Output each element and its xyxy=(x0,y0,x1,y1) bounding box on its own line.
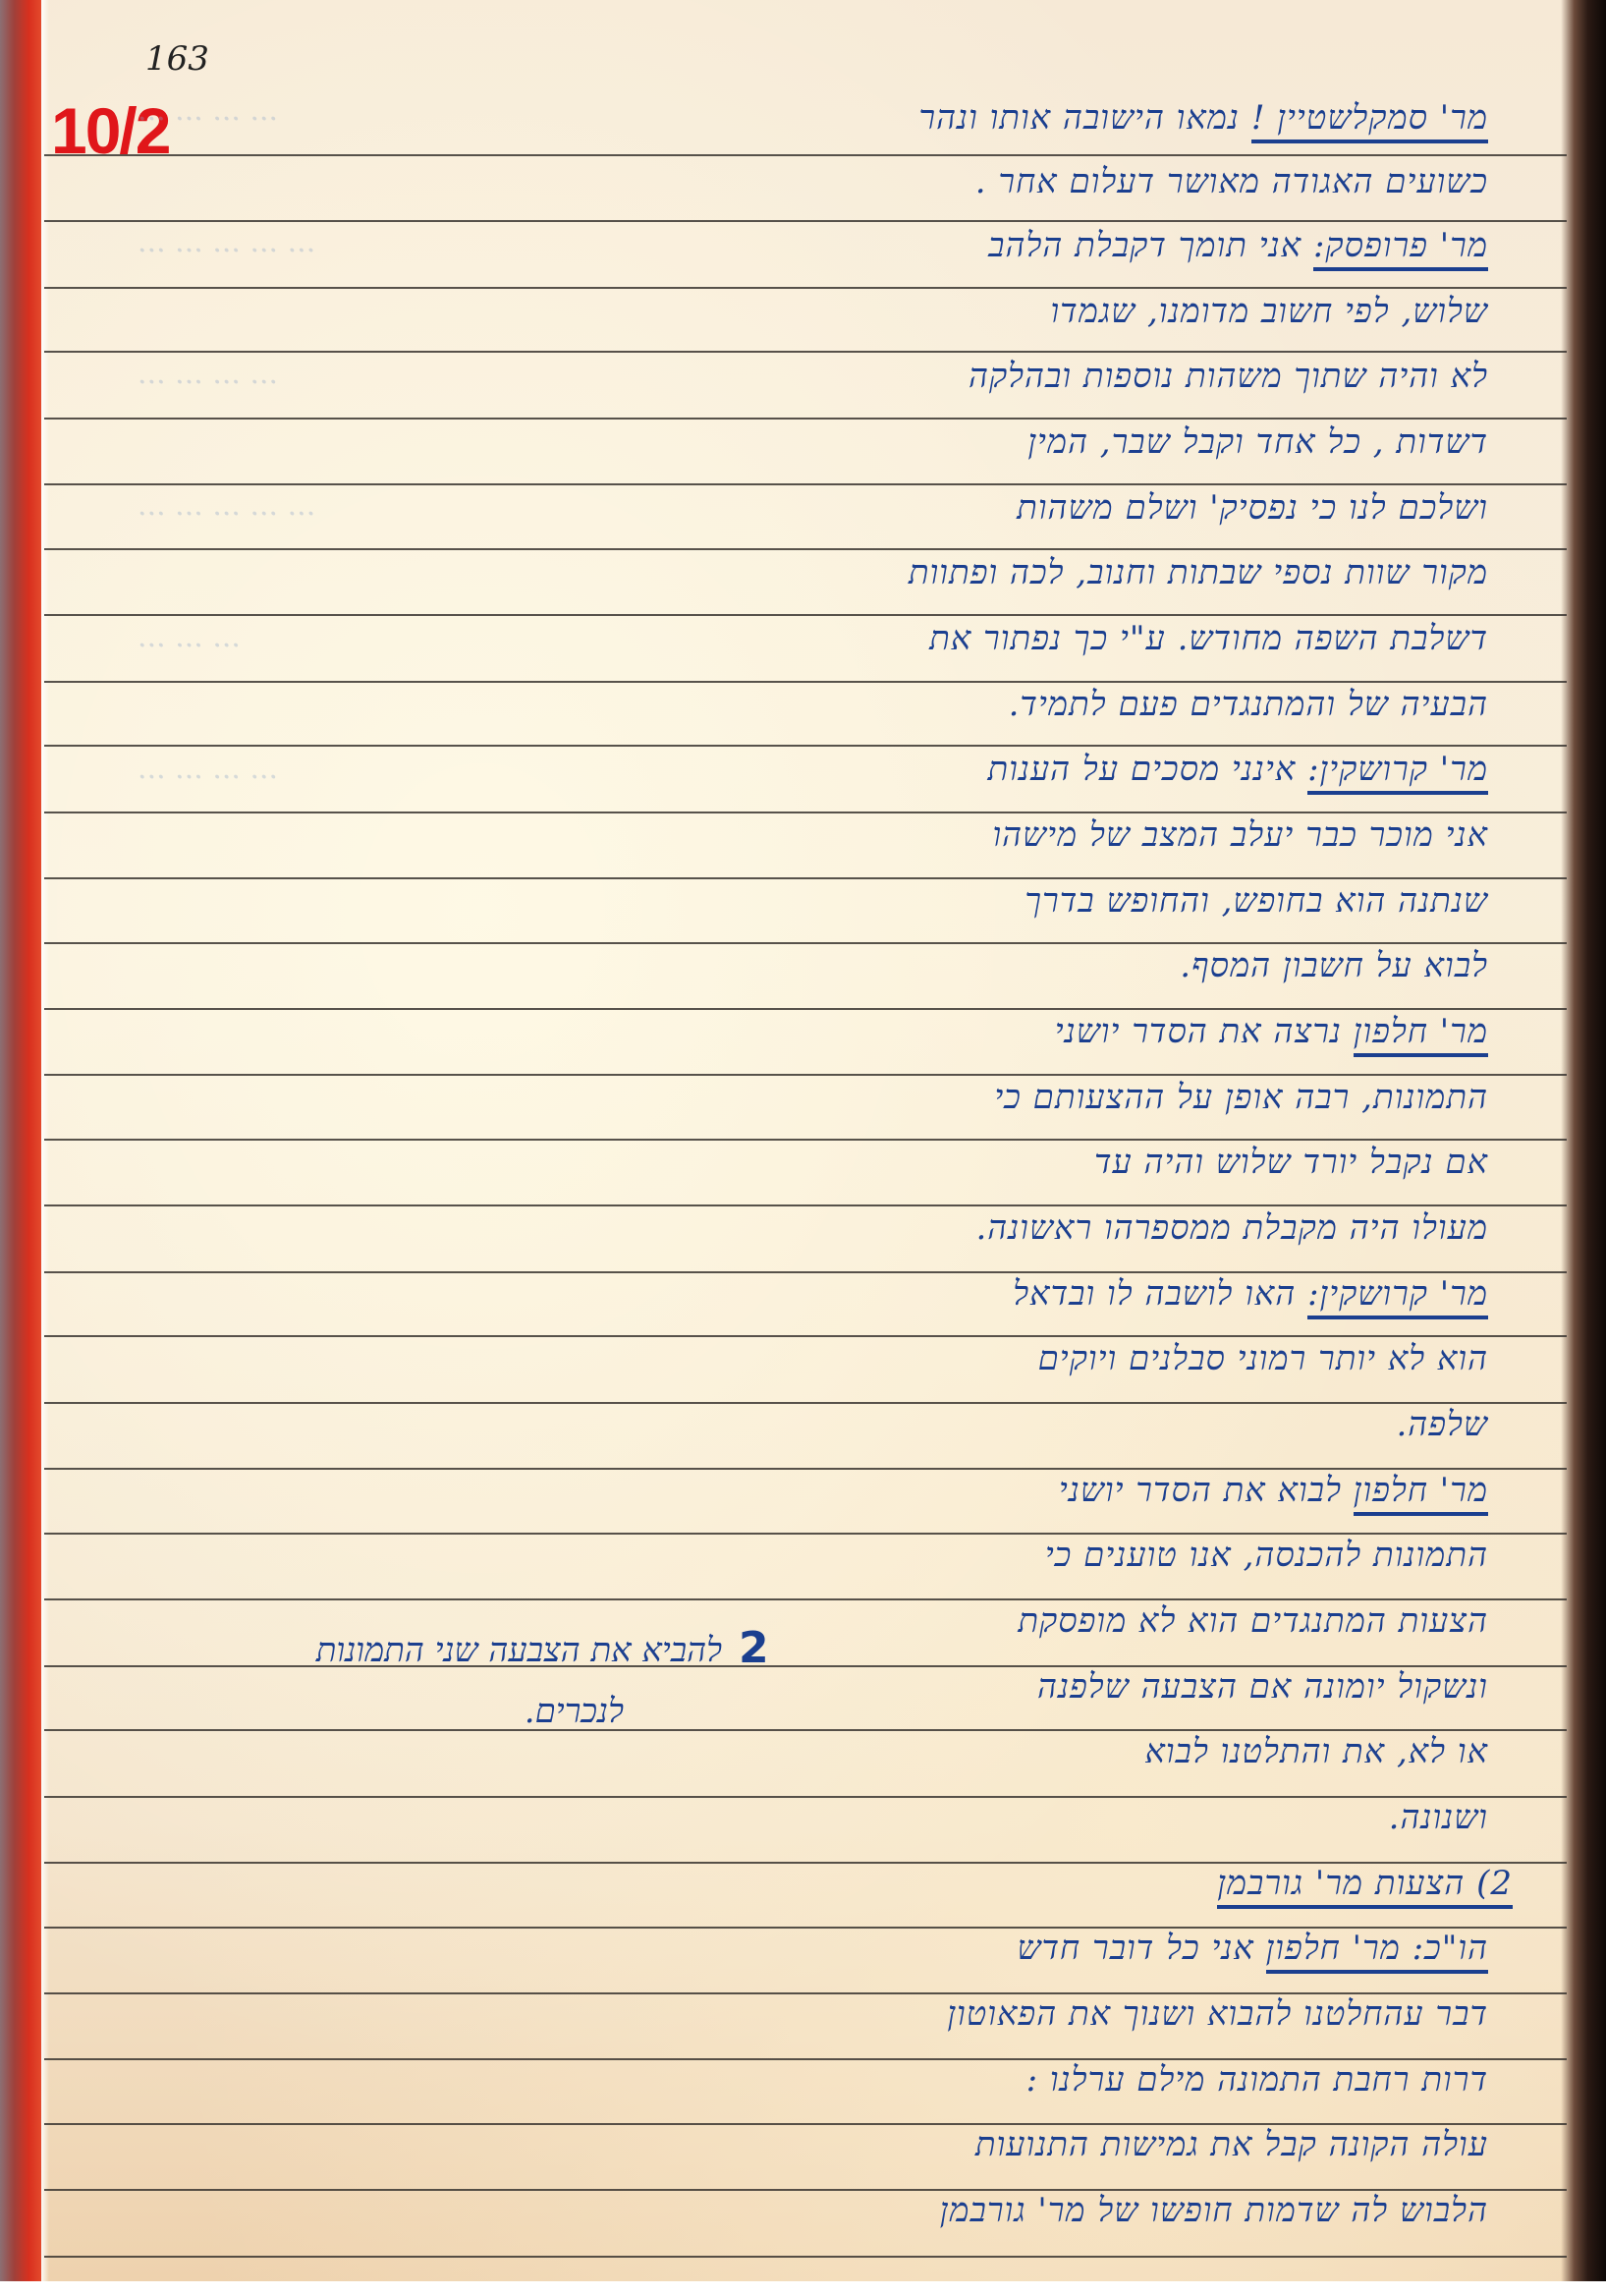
handwritten-line: מעולו היה מקבלת ממספרהו ראשונה. xyxy=(975,1208,1488,1248)
line-text: שלפה. xyxy=(1396,1405,1488,1444)
speaker-name: מר' חלפון xyxy=(1354,1012,1488,1057)
speaker-name: מר' קרושקין: xyxy=(1307,750,1488,795)
line-text: האו לושבה לו ובדאל xyxy=(1013,1274,1307,1314)
line-text: הלבוש לה שדמות חופשו של מר' גורבמן xyxy=(940,2191,1488,2230)
ruled-line xyxy=(44,745,1567,747)
line-text: ושנונה. xyxy=(1389,1798,1488,1837)
handwritten-line: או לא, את והתלטנו לבוא xyxy=(1144,1732,1488,1771)
speaker-name: מר' סמקלשטיין ! xyxy=(1251,98,1488,143)
bleed-through-line: ... ... ... ... xyxy=(138,357,278,391)
ruled-line xyxy=(44,1008,1567,1010)
line-text: עולה הקונה קבל את גמישות התנועות xyxy=(975,2125,1488,2164)
speaker-name: מר' חלפון xyxy=(1354,1471,1488,1516)
ruled-line xyxy=(44,812,1567,813)
line-text: ונשקול יומונה אם הצבעה שלפנה xyxy=(1037,1667,1488,1707)
line-text: או לא, את והתלטנו לבוא xyxy=(1144,1732,1488,1771)
line-text: דשלבת השפה מחודש. ע"י כך נפתור את xyxy=(929,619,1488,658)
speaker-name: הו"כ: מר' חלפון xyxy=(1266,1929,1488,1974)
line-text: התמונות להכנסה, אנו טוענים כי xyxy=(1045,1536,1488,1575)
line-text: אני תומך דקבלת הלהב xyxy=(988,226,1313,265)
handwritten-line: הוא לא יותר רמוני סבלנים ויוקים xyxy=(1038,1339,1488,1378)
ruled-line xyxy=(44,1533,1567,1535)
line-text: דשדות , כל אחד וקבל שבר, המין xyxy=(1027,422,1488,462)
handwritten-line: מר' פרופסק: אני תומך דקבלת הלהב xyxy=(988,226,1488,265)
ruled-line xyxy=(44,483,1567,485)
bleed-through-line: ... ... ... ... ... xyxy=(138,488,315,523)
ruled-line xyxy=(44,154,1567,156)
handwritten-line: 2) הצעות מר' גורבמן xyxy=(1217,1864,1513,1903)
handwritten-line: שלפה. xyxy=(1396,1405,1488,1444)
bleed-through-line: ... ... ... ... xyxy=(138,93,278,128)
ruled-line xyxy=(44,1729,1567,1731)
speaker-name: 2) הצעות מר' גורבמן xyxy=(1217,1864,1513,1909)
ruled-line xyxy=(44,1402,1567,1404)
ruled-line xyxy=(44,614,1567,616)
handwritten-line: ושנונה. xyxy=(1389,1798,1488,1837)
line-text: אני כל דובר חדש xyxy=(1017,1929,1265,1968)
handwritten-line: שנתנה הוא בחופש, והחופש בדרך xyxy=(1025,881,1488,921)
handwritten-line: מר' חלפון לבוא את הסדר יושני xyxy=(1059,1471,1488,1510)
handwritten-line: אני מוכר כבר יעלב המצב של מישהו xyxy=(992,815,1488,855)
notebook-page: 163 10/2 ... ... ... ...... ... ... ... … xyxy=(0,0,1606,2281)
line-text: דבר עהחלטנו להבוא ושנוך את הפאוטון xyxy=(947,1994,1488,2034)
ruled-line xyxy=(44,287,1567,289)
line-text: אם נקבל יורד שלוש והיה עד xyxy=(1094,1143,1488,1182)
handwritten-line: עולה הקונה קבל את גמישות התנועות xyxy=(975,2125,1488,2164)
margin-note-line-1: להביא את הצבעה שני התמונות xyxy=(316,1631,722,1670)
handwritten-line: דשלבת השפה מחודש. ע"י כך נפתור את xyxy=(929,619,1488,658)
line-text: שלוש, לפי חשוב מדומנו, שגמדו xyxy=(1050,292,1488,331)
handwritten-line: מר' חלפון נרצה את הסדר יושני xyxy=(1055,1012,1488,1051)
margin-note-line-2: לנכרים. xyxy=(525,1692,624,1731)
ruled-line xyxy=(44,220,1567,222)
margin-note-number: 2 xyxy=(739,1623,769,1673)
ruled-line xyxy=(44,1204,1567,1206)
handwritten-line: ושלכם לנו כי נפסיק' ושלם משהות xyxy=(1017,488,1488,528)
handwritten-line: מר' קרושקין: האו לושבה לו ובדאל xyxy=(1013,1274,1488,1314)
handwritten-line: אם נקבל יורד שלוש והיה עד xyxy=(1094,1143,1488,1182)
handwritten-line: הבעיה של והמתנגדים פעם לתמיד. xyxy=(1009,685,1488,724)
ruled-line xyxy=(44,1598,1567,1600)
line-text: מקור שוות נספי שבתות וחנוב, לכה ופתוות xyxy=(909,553,1488,592)
line-text: הבעיה של והמתנגדים פעם לתמיד. xyxy=(1009,685,1488,724)
handwritten-line: שלוש, לפי חשוב מדומנו, שגמדו xyxy=(1050,292,1488,331)
ruled-line xyxy=(44,1335,1567,1337)
line-text: כשועים האגודה מאושר דעלום אחר . xyxy=(975,162,1488,201)
handwritten-line: מר' סמקלשטיין ! נמאו הישובה אותו ונהר xyxy=(918,98,1488,138)
right-binding-edge xyxy=(1561,0,1606,2281)
speaker-name: מר' פרופסק: xyxy=(1313,226,1488,271)
ruled-line xyxy=(44,942,1567,944)
line-text: נמאו הישובה אותו ונהר xyxy=(918,98,1250,138)
line-text: הצעות המתנגדים הוא לא מופסקת xyxy=(1018,1601,1488,1641)
line-text: התמונות, רבה אופן על ההצעותם כי xyxy=(994,1078,1488,1117)
line-text: אני מוכר כבר יעלב המצב של מישהו xyxy=(992,815,1488,855)
ruled-line xyxy=(44,1271,1567,1273)
line-text: ושלכם לנו כי נפסיק' ושלם משהות xyxy=(1017,488,1488,528)
speaker-name: מר' קרושקין: xyxy=(1307,1274,1488,1319)
handwritten-line: הלבוש לה שדמות חופשו של מר' גורבמן xyxy=(940,2191,1488,2230)
line-text: הוא לא יותר רמוני סבלנים ויוקים xyxy=(1038,1339,1488,1378)
line-text: לא והיה שתוך משהות נוספות ובהלקה xyxy=(969,357,1488,396)
handwritten-line: דשדות , כל אחד וקבל שבר, המין xyxy=(1027,422,1488,462)
page-number: 163 xyxy=(145,39,209,79)
line-text: אינני מסכים על הענות xyxy=(987,750,1307,789)
handwritten-line: ונשקול יומונה אם הצבעה שלפנה xyxy=(1037,1667,1488,1707)
handwritten-line: דרות רחבת התמונה מילם ערלנו : xyxy=(1026,2060,1488,2100)
handwritten-line: דבר עהחלטנו להבוא ושנוך את הפאוטון xyxy=(947,1994,1488,2034)
ruled-line xyxy=(44,877,1567,879)
ruled-line xyxy=(44,1074,1567,1076)
ruled-line xyxy=(44,418,1567,420)
handwritten-line: הצעות המתנגדים הוא לא מופסקת xyxy=(1018,1601,1488,1641)
ruled-line xyxy=(44,1468,1567,1470)
line-text: נרצה את הסדר יושני xyxy=(1055,1012,1354,1051)
handwritten-line: התמונות להכנסה, אנו טוענים כי xyxy=(1045,1536,1488,1575)
handwritten-line: לא והיה שתוך משהות נוספות ובהלקה xyxy=(969,357,1488,396)
bleed-through-line: ... ... ... ... xyxy=(138,752,278,786)
line-text: לבוא על חשבון המסף. xyxy=(1180,946,1488,985)
ruled-line xyxy=(44,1796,1567,1798)
line-text: לבוא את הסדר יושני xyxy=(1059,1471,1354,1510)
bleed-through-line: ... ... ... xyxy=(138,620,241,654)
handwritten-line: מקור שוות נספי שבתות וחנוב, לכה ופתוות xyxy=(909,553,1488,592)
line-text: מעולו היה מקבלת ממספרהו ראשונה. xyxy=(975,1208,1488,1248)
ruled-line xyxy=(44,681,1567,683)
bleed-through-line: ... ... ... ... ... xyxy=(138,225,315,259)
handwritten-line: מר' קרושקין: אינני מסכים על הענות xyxy=(987,750,1488,789)
ruled-line xyxy=(44,351,1567,353)
line-text: דרות רחבת התמונה מילם ערלנו : xyxy=(1026,2060,1488,2100)
handwritten-line: הו"כ: מר' חלפון אני כל דובר חדש xyxy=(1017,1929,1488,1968)
handwritten-line: כשועים האגודה מאושר דעלום אחר . xyxy=(975,162,1488,201)
ruled-line xyxy=(44,1139,1567,1141)
ruled-line xyxy=(44,2256,1567,2258)
left-binding-edge xyxy=(0,0,41,2281)
line-text: שנתנה הוא בחופש, והחופש בדרך xyxy=(1025,881,1488,921)
ruled-line xyxy=(44,548,1567,550)
handwritten-line: התמונות, רבה אופן על ההצעותם כי xyxy=(994,1078,1488,1117)
handwritten-line: לבוא על חשבון המסף. xyxy=(1180,946,1488,985)
